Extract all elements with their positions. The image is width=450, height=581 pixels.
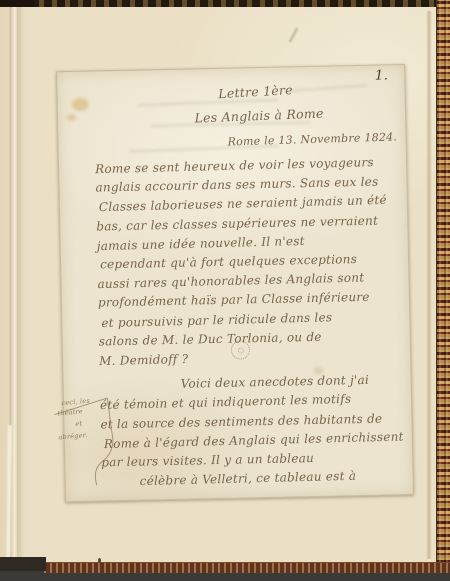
page-right-fold-line (426, 11, 432, 559)
paper-stain (67, 114, 76, 121)
paper-stain (72, 98, 89, 111)
faint-scratch-mark (288, 27, 298, 43)
gutter-soft-shadow (17, 7, 25, 563)
gold-tooled-leather-border (436, 0, 450, 571)
letter-dateline: Rome le 13. Novembre 1824. (228, 130, 398, 148)
gutter-crease-highlight (13, 7, 16, 563)
folio-number: 1. (375, 67, 389, 83)
book-cover-top-edge (0, 0, 450, 7)
marginal-note-text: et (75, 419, 83, 428)
letter-body: Rome se sent heureux de voir les voyageu… (95, 153, 418, 492)
scanned-album-page: 1. Lettre 1ère Les Anglais à Rome Rome l… (0, 0, 450, 581)
cover-bottom-left-shadow (0, 557, 46, 571)
gold-tooled-bottom-edge (44, 562, 450, 573)
edge-speck (98, 558, 101, 563)
pencil-marginal-note: ceci, les théâtre et abréger. (51, 389, 123, 494)
